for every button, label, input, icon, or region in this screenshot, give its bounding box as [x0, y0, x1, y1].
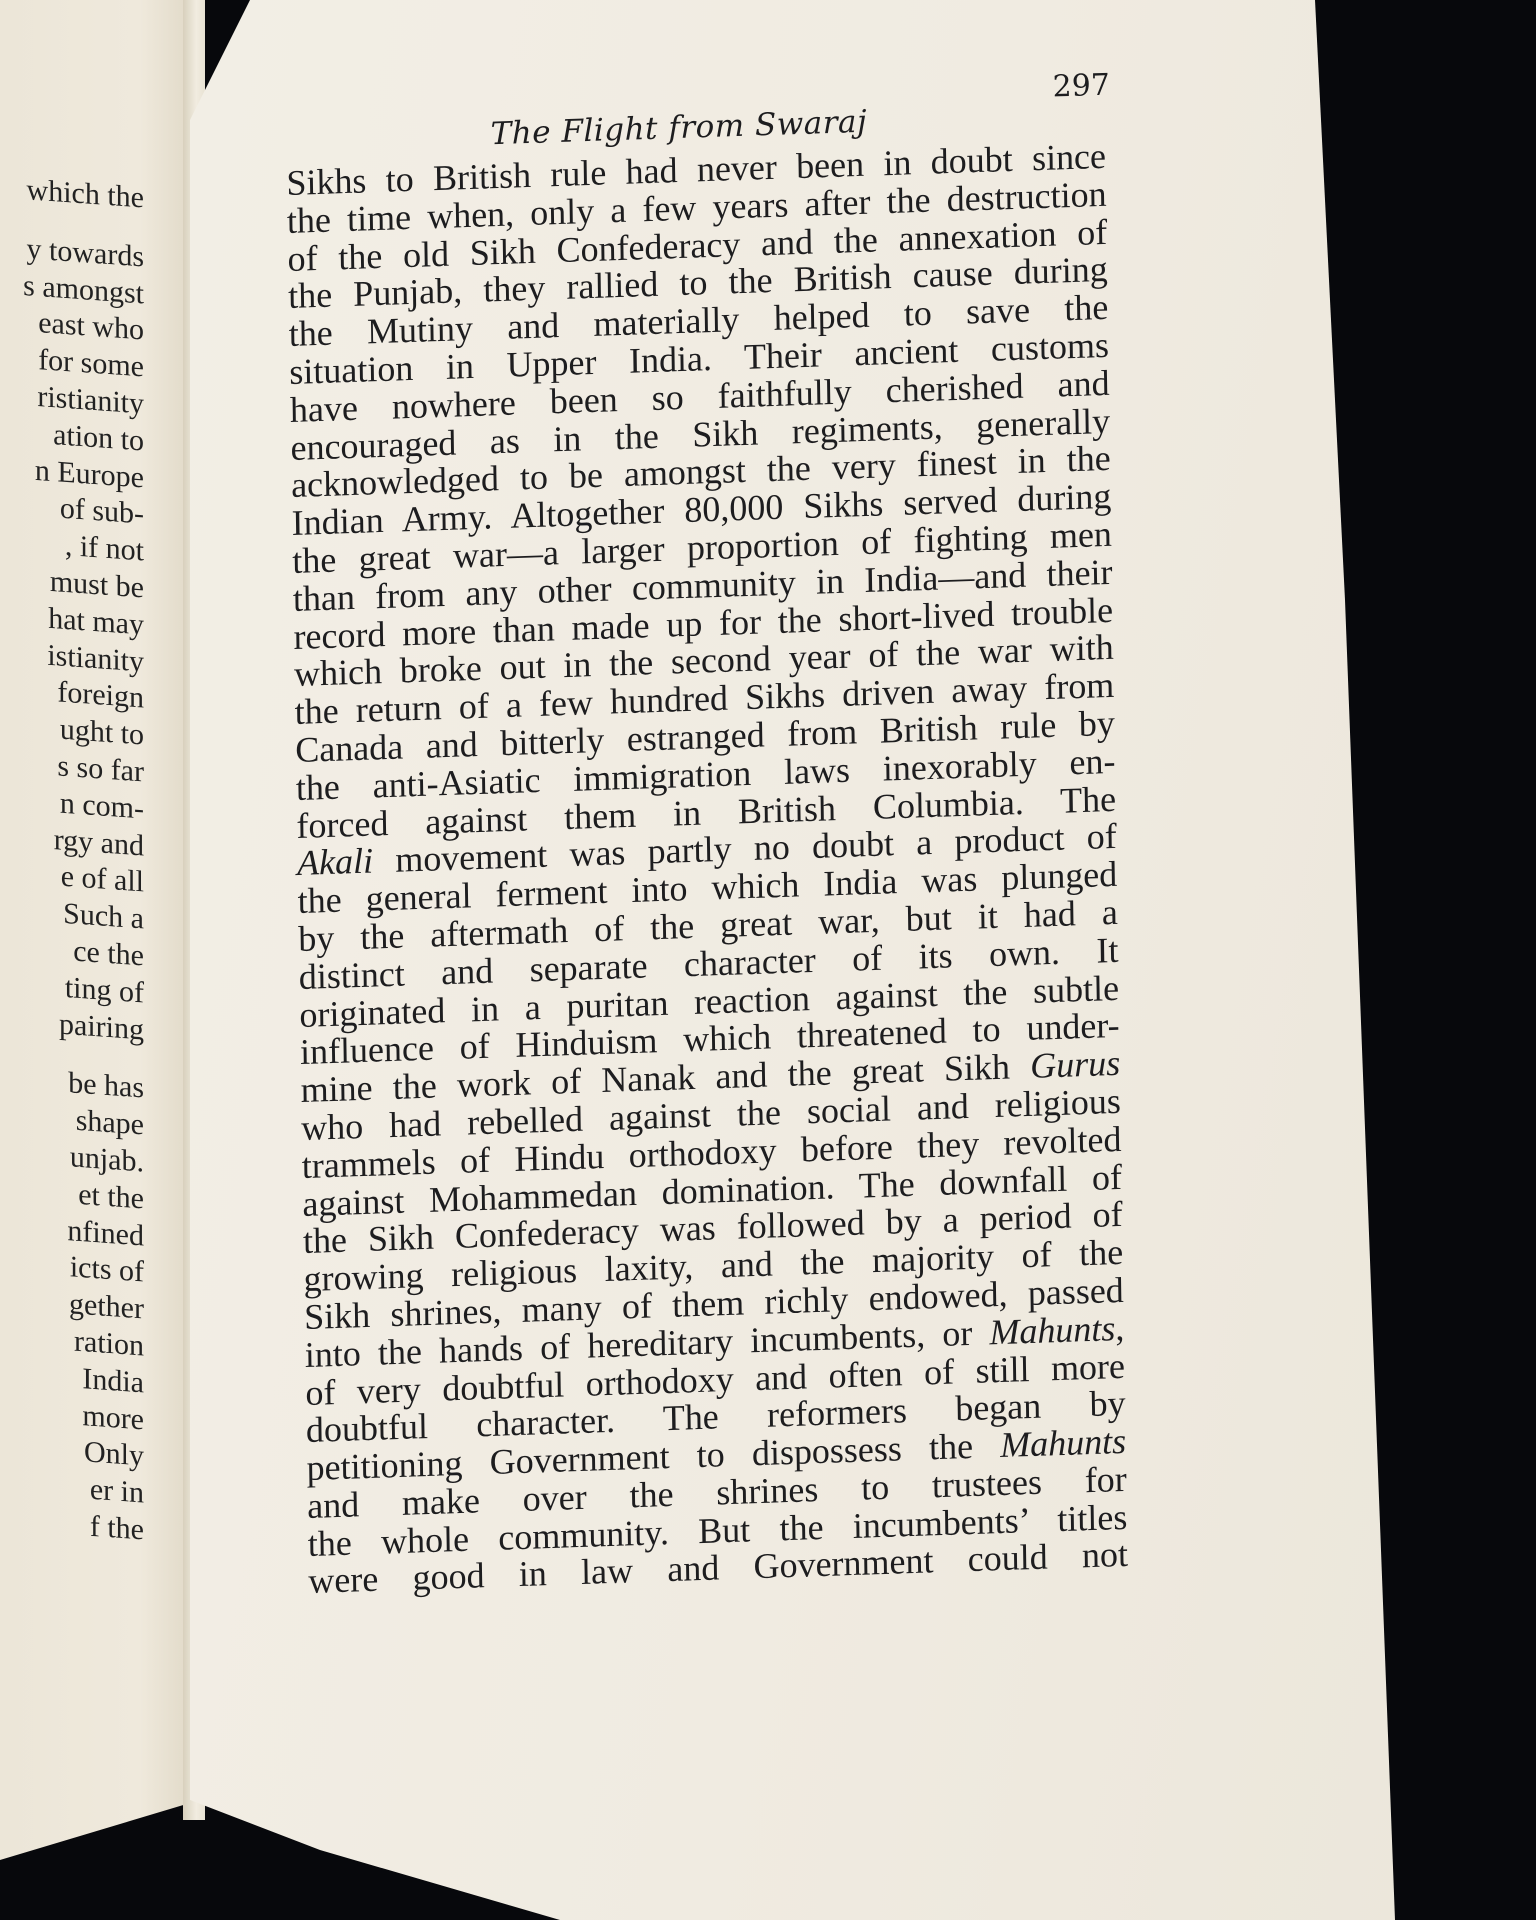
- right-page: The Flight from Swaraj 297 Sikhs to Brit…: [0, 0, 1536, 1920]
- body-text: Sikhs to British rule had never been in …: [286, 138, 1128, 1602]
- book-photo: which they towardss amongsteast whofor s…: [0, 0, 1536, 1920]
- running-head-title: The Flight from Swaraj: [490, 104, 867, 152]
- left-page: which they towardss amongsteast whofor s…: [0, 0, 200, 1920]
- page-number: 297: [1052, 68, 1110, 105]
- italic-term: Gurus: [1030, 1043, 1121, 1086]
- text-run: ,: [1115, 1308, 1125, 1348]
- left-page-text: which they towardss amongsteast whofor s…: [0, 170, 144, 1549]
- italic-term: Akali: [297, 841, 374, 884]
- page-content: The Flight from Swaraj 297 Sikhs to Brit…: [285, 68, 1128, 1602]
